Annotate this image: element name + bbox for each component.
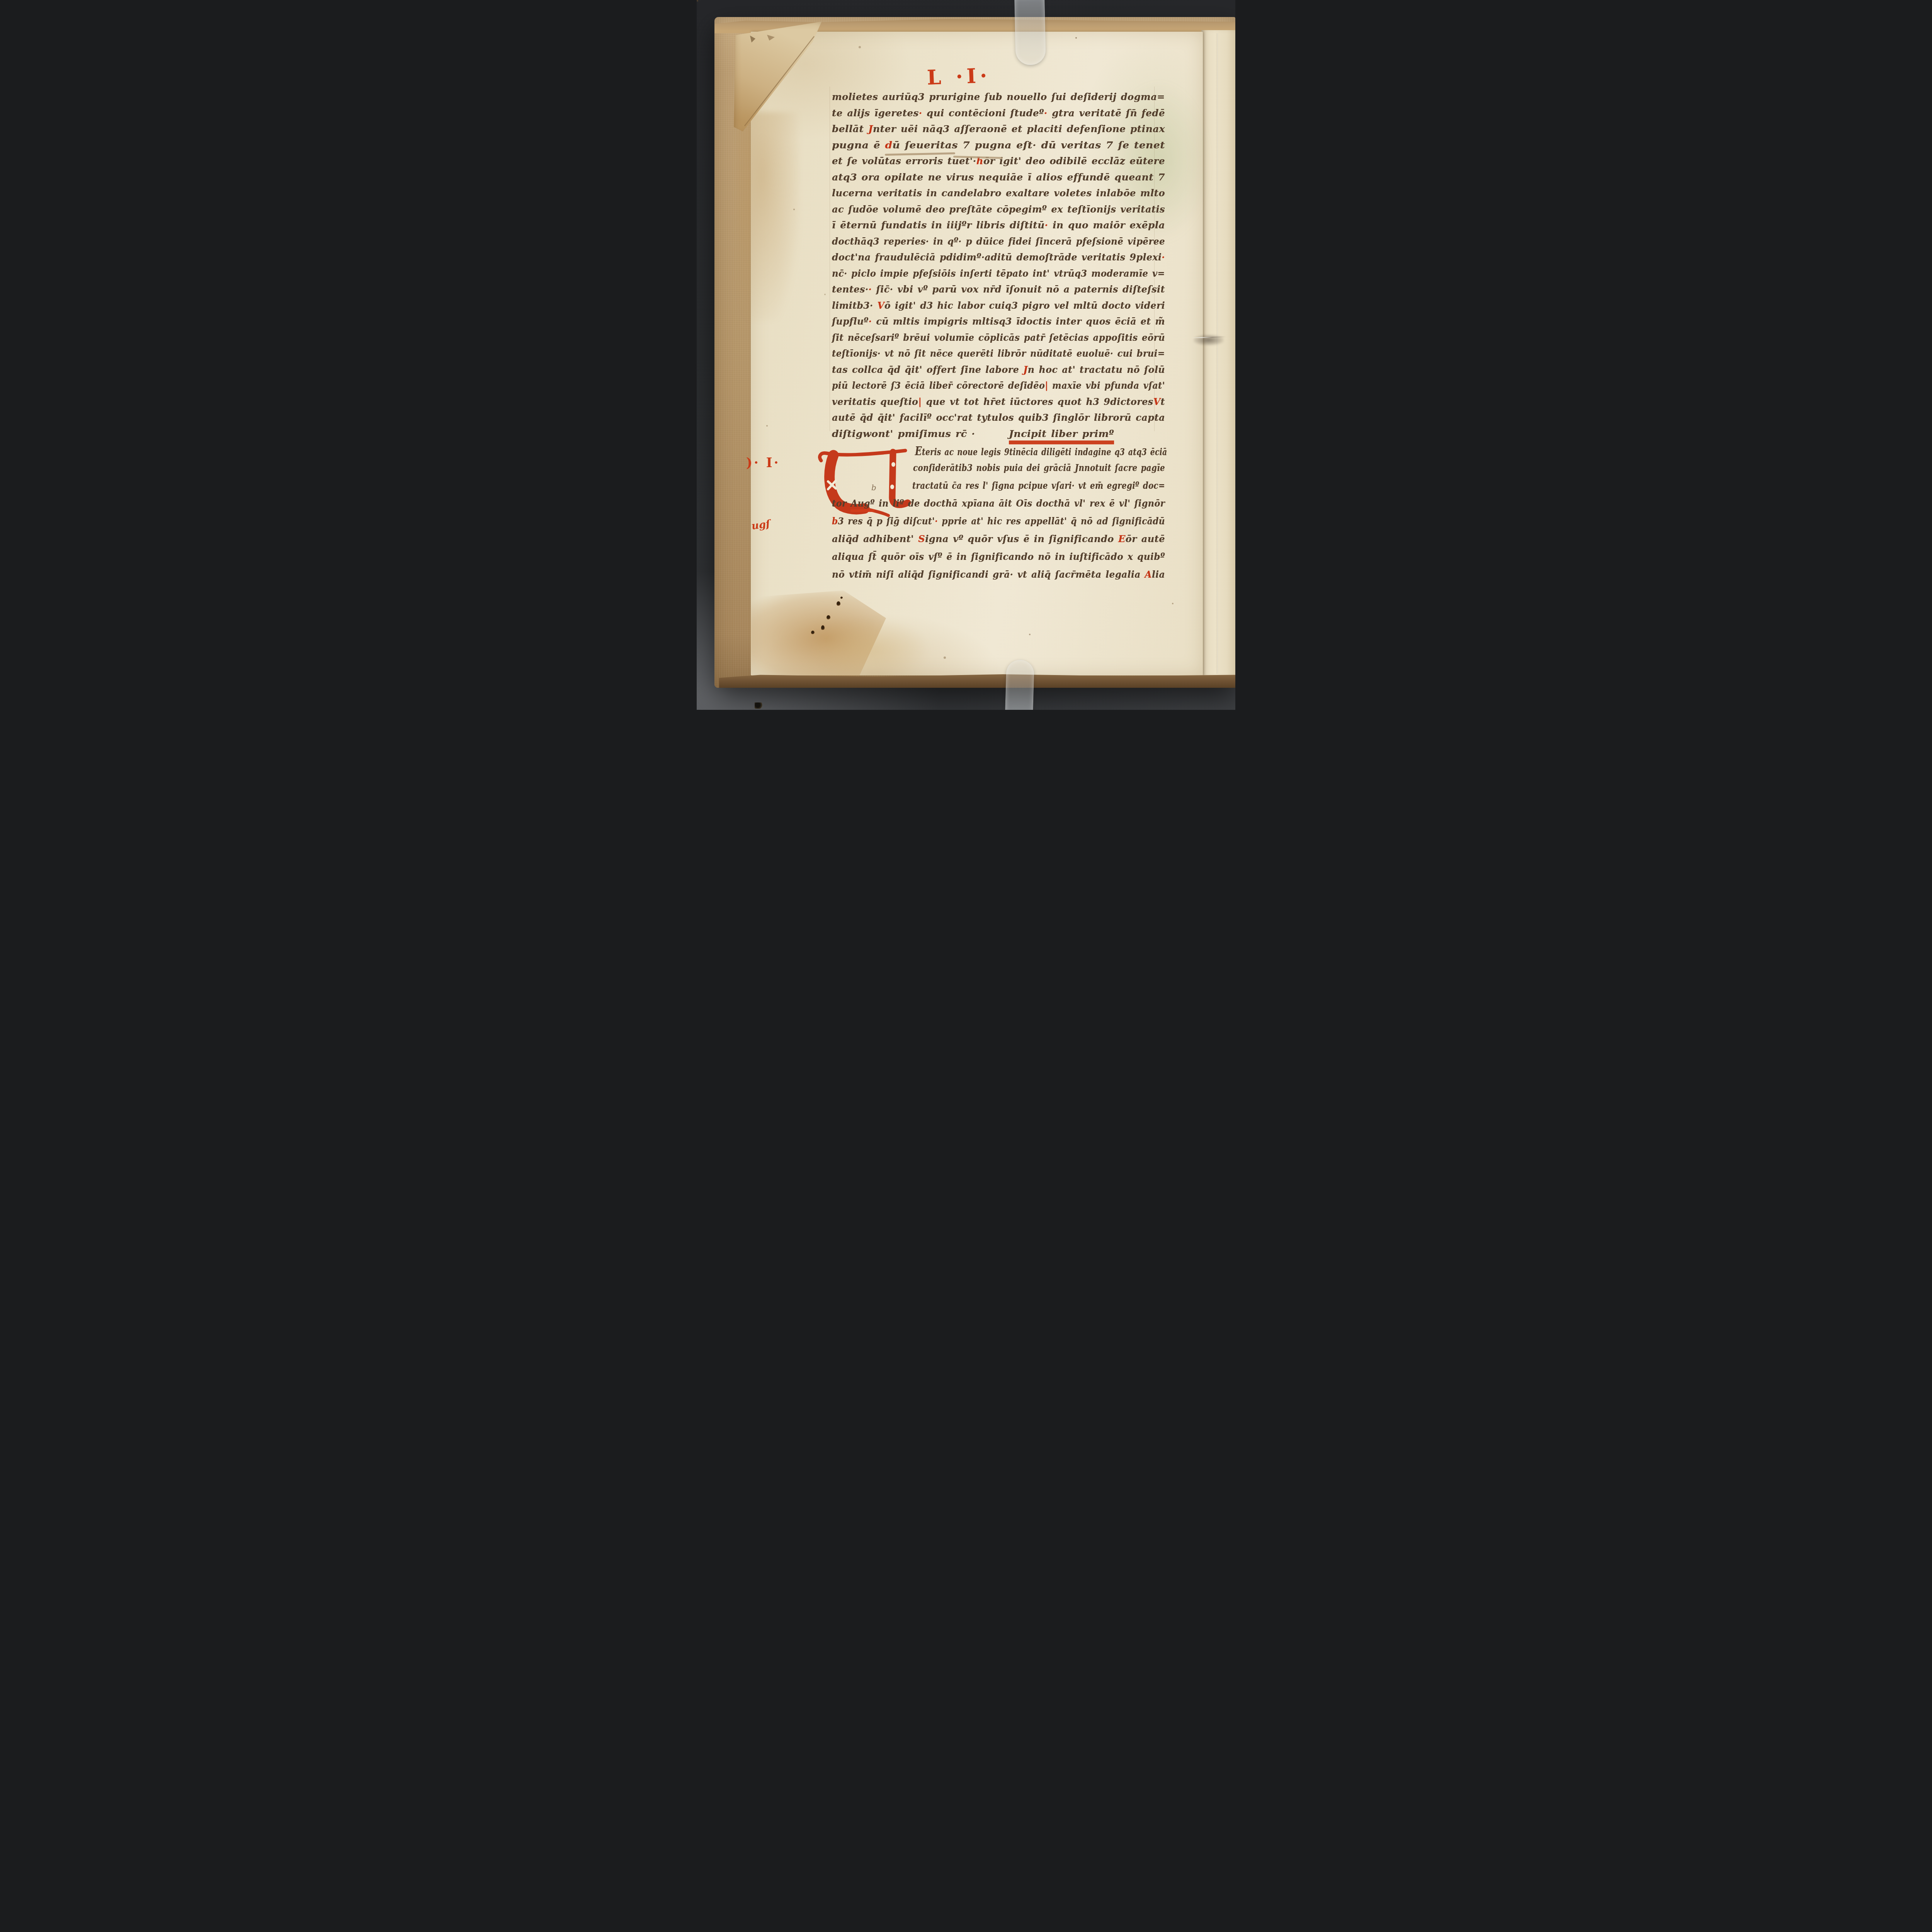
text-segment: ōr autē bbox=[1126, 533, 1165, 544]
text-segment: bellāt bbox=[832, 123, 868, 134]
text-segment bbox=[975, 428, 1009, 439]
text-segment: Jncipit liber primº bbox=[1009, 428, 1114, 444]
text-segment: que vt tot hr̄et iūctores quot h3 9dicto… bbox=[922, 396, 1153, 407]
manuscript-line: atq3 ora opilate ne virus nequiāe ī alio… bbox=[832, 172, 1165, 183]
text-segment: gtra veritatē ſn̄ fedē bbox=[1048, 107, 1165, 119]
text-segment: molietes auriūq3 prurigine ſub nouello ſ… bbox=[832, 91, 1165, 102]
manuscript-line: ſupfluº· cū mltis impigris mltisq3 īdoct… bbox=[832, 316, 1165, 327]
manuscript-line: veritatis queſtio| que vt tot hr̄et iūct… bbox=[832, 396, 1165, 407]
manuscript-line: diſtigwont' pmiſimus rc̄ · Jncipit liber… bbox=[832, 428, 1114, 439]
text-segment: E bbox=[915, 444, 922, 458]
text-segment: Augº bbox=[851, 498, 875, 512]
text-segment: pugna ē bbox=[832, 139, 885, 151]
text-segment: tractatū c̄a res l' ſigna pcipue vſari· … bbox=[912, 480, 1165, 491]
rubric-touch: · bbox=[1045, 219, 1048, 231]
rubric-touch: V bbox=[1153, 396, 1161, 407]
manuscript-line: lucerna veritatis in candelabro exaltare… bbox=[832, 187, 1165, 199]
manuscript-line: ac ſudōe volumē deo preſtāte cōpegimº ex… bbox=[832, 204, 1165, 215]
rubric-touch: · bbox=[869, 284, 872, 295]
manuscript-line: nc̄· piclo impie pfeſsiōis inſerti tēpat… bbox=[832, 268, 1165, 279]
text-segment: nō vtim̄ niſi aliq̄d ſignificandi grā· v… bbox=[832, 569, 1145, 580]
text-segment: tentes· bbox=[832, 284, 869, 295]
text-segment: nc̄· piclo impie pfeſsiōis inſerti tēpat… bbox=[832, 268, 1165, 279]
manuscript-line: b3 res q̄ p ſiḡ diſcut'· pprie at' hic r… bbox=[832, 515, 1165, 527]
text-segment: tor bbox=[832, 498, 851, 509]
text-segment: limitb3· bbox=[832, 300, 877, 311]
text-segment: ſit nēceſsariº brēui volumīe cōplicās pa… bbox=[832, 332, 1165, 343]
screenshot-root: L ·I· )· I· ugſ b U molietes auriūq3 pru… bbox=[697, 0, 1235, 710]
manuscript-line: ī ēternū fundatis in iiijºr libris diſti… bbox=[832, 219, 1165, 231]
text-segment: veritatis queſtio bbox=[832, 396, 918, 407]
rubric-touch: d bbox=[885, 139, 892, 151]
manuscript-line: Eteris ac noue legis 9tinēcia diligēti i… bbox=[915, 444, 1167, 458]
text-segment: lia bbox=[1152, 569, 1165, 580]
text-segment: qui contēcioni ſtudeº bbox=[922, 107, 1044, 119]
manuscript-line: autē q̄d q̄it' facilīº occ'rat tytulos q… bbox=[832, 412, 1165, 423]
text-segment: tas collca q̄d q̄it' offert ſine labore bbox=[832, 364, 1023, 375]
text-segment: in quo maiōr exēpla bbox=[1048, 219, 1165, 231]
rubric-touch: S bbox=[918, 533, 925, 544]
text-segment: autē q̄d q̄it' facilīº occ'rat tytulos q… bbox=[832, 412, 1165, 423]
conservation-strap-top bbox=[1014, 0, 1046, 65]
text-segment: t bbox=[1161, 396, 1165, 407]
text-segment: docthāq3 reperies· in qº· p dūice fidei … bbox=[832, 236, 1165, 247]
text-segment: doct'na fraudulēciā pdidimº·aditū demoſt… bbox=[832, 252, 1162, 263]
rubric-touch: · bbox=[1162, 252, 1165, 263]
manuscript-line: limitb3· Vō igit' d3 hic labor cuiq3 pig… bbox=[832, 300, 1165, 311]
text-segment: diſtigwont' pmiſimus rc̄ · bbox=[832, 428, 975, 439]
rubric-touch: E bbox=[1118, 533, 1126, 544]
text-segment: atq3 ora opilate ne virus nequiāe ī alio… bbox=[832, 172, 1165, 183]
conservation-strap-bottom bbox=[1005, 660, 1034, 710]
rubric-touch: · bbox=[869, 316, 872, 327]
text-segment: teſtīonijs· vt nō ſit nēce querēti librō… bbox=[832, 348, 1165, 359]
text-segment: 3 res q̄ p ſiḡ diſcut' bbox=[838, 515, 935, 527]
text-segment: ac ſudōe volumē deo preſtāte cōpegimº ex… bbox=[832, 204, 1165, 215]
rubric-touch: J bbox=[868, 123, 873, 134]
text-block: molietes auriūq3 prurigine ſub nouello ſ… bbox=[697, 0, 1235, 710]
text-segment: ū ſeueritas 7 pugna eſt· dū veritas 7 ſe… bbox=[893, 139, 1165, 151]
rubric-touch: | bbox=[918, 396, 922, 407]
text-segment: pprie at' hic res appellāt' q̄ nō ad ſig… bbox=[938, 515, 1165, 527]
text-segment: aliq̄d adhibent' bbox=[832, 533, 918, 544]
rubric-touch: V bbox=[877, 300, 884, 311]
text-segment: piū lectorē ſ3 ēciā liber̄ cōrectorē deſ… bbox=[832, 380, 1045, 391]
rubric-touch: A bbox=[1145, 569, 1152, 580]
manuscript-line: piū lectorē ſ3 ēciā liber̄ cōrectorē deſ… bbox=[832, 380, 1165, 391]
text-segment: ōr igit' deo odibilē ecclāz eūtere bbox=[983, 155, 1165, 167]
manuscript-line: teſtīonijs· vt nō ſit nēce querēti librō… bbox=[832, 348, 1165, 359]
manuscript-line: conſiderātib3 nobis puia dei grāciā Jnno… bbox=[913, 462, 1165, 473]
text-segment: aliqua ſt̄ quōr oīs vſº ē in ſignificand… bbox=[832, 551, 1165, 562]
manuscript-line: tentes·· ſic̄· vbi vº parū vox nr̄d īſon… bbox=[832, 284, 1165, 295]
rubric-touch: · bbox=[1044, 107, 1048, 119]
manuscript-line: te alijs īgeretes· qui contēcioni ſtudeº… bbox=[832, 107, 1165, 119]
text-segment: cū mltis impigris mltisq3 īdoctis inter … bbox=[872, 316, 1165, 327]
text-segment: ō igit' d3 hic labor cuiq3 pigro vel mlt… bbox=[884, 300, 1165, 311]
manuscript-line: doct'na fraudulēciā pdidimº·aditū demoſt… bbox=[832, 252, 1165, 263]
text-segment: igna vº quōr vſus ē in ſignificando bbox=[925, 533, 1118, 544]
manuscript-line: tas collca q̄d q̄it' offert ſine labore … bbox=[832, 364, 1165, 375]
manuscript-line: aliqua ſt̄ quōr oīs vſº ē in ſignificand… bbox=[832, 551, 1165, 562]
text-segment: nter uēi nāq3 aſſeraonē et placiti defen… bbox=[873, 123, 1165, 134]
rubric-touch: · bbox=[935, 515, 938, 527]
rubric-touch: J bbox=[1023, 364, 1028, 375]
manuscript-line: nō vtim̄ niſi aliq̄d ſignificandi grā· v… bbox=[832, 569, 1165, 580]
rubric-touch: b bbox=[832, 515, 838, 527]
manuscript-line: docthāq3 reperies· in qº· p dūice fidei … bbox=[832, 236, 1165, 247]
text-segment: te alijs īgeretes bbox=[832, 107, 919, 119]
manuscript-line: pugna ē dū ſeueritas 7 pugna eſt· dū ver… bbox=[832, 139, 1165, 151]
manuscript-line: tractatū c̄a res l' ſigna pcipue vſari· … bbox=[912, 480, 1165, 491]
manuscript-line: tor Augº in liº de docthā xpīana āit Oīs… bbox=[832, 498, 1165, 509]
text-segment: in liº de docthā xpīana āit Oīs docthā v… bbox=[875, 498, 1165, 509]
manuscript-line: molietes auriūq3 prurigine ſub nouello ſ… bbox=[832, 91, 1165, 102]
text-segment: ſupfluº bbox=[832, 316, 869, 327]
rubric-touch: · bbox=[919, 107, 922, 119]
manuscript-line: bellāt Jnter uēi nāq3 aſſeraonē et placi… bbox=[832, 123, 1165, 134]
text-segment: teris ac noue legis 9tinēcia diligēti in… bbox=[922, 446, 1167, 457]
text-segment: n hoc at' tractatu nō ſolū bbox=[1028, 364, 1165, 375]
text-segment: ī ēternū fundatis in iiijºr libris diſti… bbox=[832, 219, 1045, 231]
text-segment: lucerna veritatis in candelabro exaltare… bbox=[832, 187, 1165, 199]
manuscript-line: ſit nēceſsariº brēui volumīe cōplicās pa… bbox=[832, 332, 1165, 343]
text-segment: conſiderātib3 nobis puia dei grāciā Jnno… bbox=[913, 462, 1165, 473]
rubric-touch: | bbox=[1045, 380, 1048, 391]
manuscript-line: aliq̄d adhibent' Signa vº quōr vſus ē in… bbox=[832, 533, 1165, 544]
text-segment: ſic̄· vbi vº parū vox nr̄d īſonuit nō a … bbox=[872, 284, 1165, 295]
text-segment: maxīe vbi pfunda vſat' bbox=[1048, 380, 1165, 391]
